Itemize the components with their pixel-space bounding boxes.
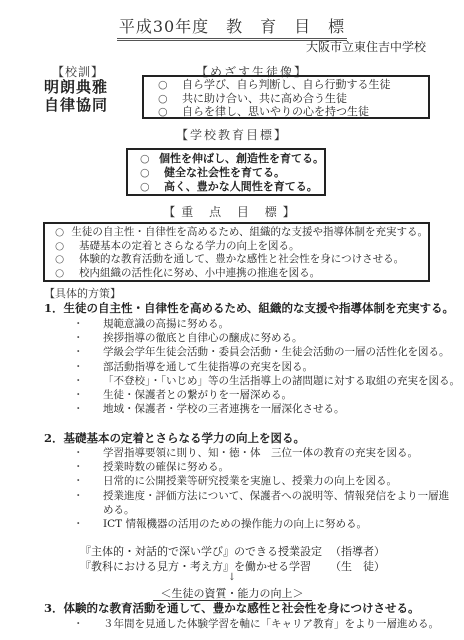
dot-bullet-icon: ・: [73, 517, 103, 531]
dot-bullet-icon: ・: [73, 317, 103, 331]
section-2-title: 2．基礎基本の定着とさらなる学力の向上を図る。: [44, 430, 305, 446]
dot-bullet-icon: ・: [73, 460, 103, 474]
ideal-student-box: ○自ら学び、自ら判断し、自ら行動する生徒 ○共に助け合い、共に高め合う生徒 ○自…: [142, 75, 430, 119]
list-item: ・学級会学年生徒会活動・委員会活動・生徒会活動の一層の活性化を図る。: [73, 345, 460, 359]
motto-line: 明朗典雅: [44, 78, 108, 96]
dot-bullet-icon: ・: [73, 446, 103, 460]
dot-bullet-icon: ・: [73, 617, 103, 631]
approach-pairs: 『主体的・対話的で深い学び』のできる授業設定（指導者） 『教科における見方・考え…: [80, 544, 385, 574]
list-item: ○基礎基本の定着とさらなる学力の向上を図る。: [55, 240, 428, 254]
list-item: ・生徒・保護者との繋がりを一層深める。: [73, 388, 460, 402]
list-item: ○共に助け合い、共に高め合う生徒: [158, 92, 428, 106]
page-title: 平成30年度 教 育 目 標: [0, 14, 464, 41]
list-item: ○高く、豊かな人間性を育てる。: [140, 180, 324, 194]
dot-bullet-icon: ・: [73, 489, 103, 503]
dot-bullet-icon: ・: [73, 331, 103, 345]
dot-bullet-icon: ・: [73, 345, 103, 359]
circle-bullet-icon: ○: [55, 240, 79, 254]
dot-bullet-icon: ・: [73, 374, 103, 388]
list-item: ・部活動指導を通して生徒指導の充実を図る。: [73, 360, 460, 374]
dot-bullet-icon: ・: [73, 402, 103, 416]
school-goals-heading: 【学校教育目標】: [0, 126, 464, 143]
list-item: ・「不登校」・「いじめ」等の生活指導上の諸問題に対する取組の充実を図る。: [73, 374, 460, 388]
list-item: ・地域・保護者・学校の三者連携を一層深化させる。: [73, 402, 460, 416]
section-2-list: ・学習指導要領に則り、知・徳・体 三位一体の教育の充実を図る。 ・授業時数の確保…: [73, 446, 449, 531]
list-item: ・３年間を見通した体験学習を軸に「キャリア教育」をより一層進める。: [73, 617, 439, 631]
motto: 明朗典雅 自律協同: [44, 78, 108, 114]
list-item: ○健全な社会性を育てる。: [140, 166, 324, 180]
list-item: ・学習指導要領に則り、知・徳・体 三位一体の教育の充実を図る。: [73, 446, 449, 460]
list-item: ○体験的な教育活動を通して、豊かな感性と社会性を身につけさせる。: [55, 253, 428, 267]
school-goals-box: ○個性を伸ばし、創造性を育てる。 ○健全な社会性を育てる。 ○高く、豊かな人間性…: [126, 148, 326, 196]
section-3-list: ・３年間を見通した体験学習を軸に「キャリア教育」をより一層進める。: [73, 617, 439, 631]
circle-bullet-icon: ○: [140, 180, 164, 194]
list-item-continuation: める。: [73, 503, 449, 517]
motto-line: 自律協同: [44, 96, 108, 114]
circle-bullet-icon: ○: [140, 166, 164, 180]
focus-goals-box: ○生徒の自主性・自律性を高めるため、組織的な支援や指導体制を充実する。 ○基礎基…: [43, 222, 430, 282]
list-item: ・ICT 情報機器の活用のための操作能力の向上に努める。: [73, 517, 449, 531]
approach-row: 『主体的・対話的で深い学び』のできる授業設定（指導者）: [80, 544, 385, 559]
section-1-list: ・規範意識の高揚に努める。 ・挨拶指導の徹底と自律心の醸成に努める。 ・学級会学…: [73, 317, 460, 416]
school-name: 大阪市立東住吉中学校: [306, 38, 426, 55]
dot-bullet-icon: ・: [73, 360, 103, 374]
list-item: ・規範意識の高揚に努める。: [73, 317, 460, 331]
section-3-title: 3．体験的な教育活動を通して、豊かな感性と社会性を身につけさせる。: [44, 600, 420, 616]
circle-bullet-icon: ○: [55, 253, 79, 267]
list-item: ○自ら学び、自ら判断し、自ら行動する生徒: [158, 78, 428, 92]
list-item: ・授業進度・評価方法について、保護者への説明等、情報発信をより一層進: [73, 489, 449, 503]
down-arrow-icon: ↓: [0, 572, 464, 583]
outcome-label: ＜生徒の資質・能力の向上＞: [0, 585, 464, 601]
circle-bullet-icon: ○: [158, 78, 182, 92]
section-1-title: 1．生徒の自主性・自律性を高めるため、組織的な支援や指導体制を充実する。: [44, 300, 454, 316]
list-item: ・挨拶指導の徹底と自律心の醸成に努める。: [73, 331, 460, 345]
dot-bullet-icon: ・: [73, 474, 103, 488]
focus-goals-heading: 【重 点 目 標】: [0, 203, 464, 220]
circle-bullet-icon: ○: [55, 226, 71, 240]
dot-bullet-icon: ・: [73, 388, 103, 402]
list-item: ・授業時数の確保に努める。: [73, 460, 449, 474]
measures-heading: 【具体的方策】: [44, 285, 121, 301]
list-item: ・日常的に公開授業等研究授業を実施し、授業力の向上を図る。: [73, 474, 449, 488]
circle-bullet-icon: ○: [158, 105, 182, 119]
circle-bullet-icon: ○: [55, 267, 79, 281]
list-item: ○校内組織の活性化に努め、小中連携の推進を図る。: [55, 267, 428, 281]
circle-bullet-icon: ○: [158, 92, 182, 106]
list-item: ○生徒の自主性・自律性を高めるため、組織的な支援や指導体制を充実する。: [55, 226, 428, 240]
circle-bullet-icon: ○: [140, 152, 159, 166]
list-item: ○自らを律し、思いやりの心を持つ生徒: [158, 105, 428, 119]
list-item: ○個性を伸ばし、創造性を育てる。: [140, 152, 324, 166]
